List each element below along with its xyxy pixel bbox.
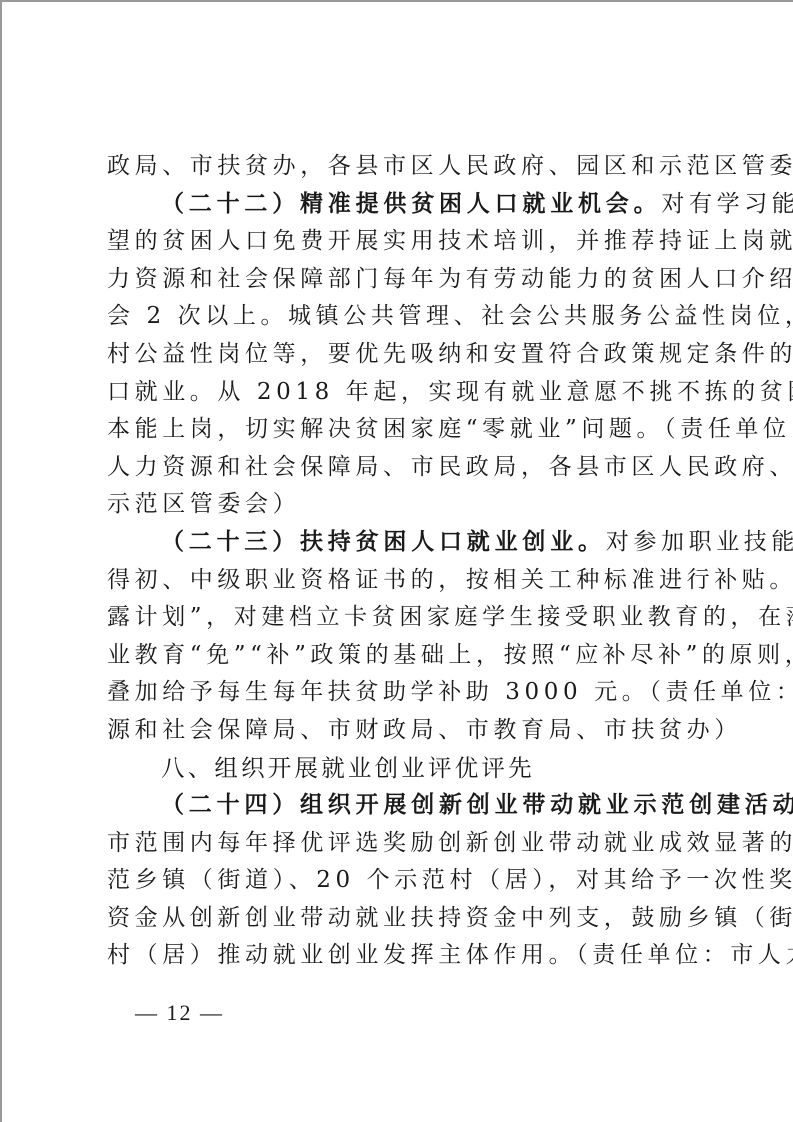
paragraph-line: 业教育“免”“补”政策的基础上，按照“应补尽补”的原则， bbox=[107, 637, 697, 675]
paragraph-line: 资金从创新创业带动就业扶持资金中列支，鼓励乡镇（街道）和 bbox=[107, 900, 697, 938]
subheading-22: （二十二）精准提供贫困人口就业机会。 bbox=[161, 191, 661, 217]
paragraph-line: 望的贫困人口免费开展实用技术培训，并推荐持证上岗就业。人 bbox=[107, 223, 697, 261]
line-text: 范乡镇（街道）、20 个示范村（居），对其给予一次性奖补，奖补 bbox=[107, 867, 793, 893]
paragraph-line: 口就业。从 2018 年起，实现有就业意愿不挑不拣的贫困劳动力基 bbox=[107, 374, 697, 412]
paragraph-line: 村公益性岗位等，要优先吸纳和安置符合政策规定条件的贫困人 bbox=[107, 336, 697, 374]
paragraph-line: 范乡镇（街道）、20 个示范村（居），对其给予一次性奖补，奖补 bbox=[107, 862, 697, 900]
subheading-23: （二十三）扶持贫困人口就业创业。 bbox=[161, 529, 606, 555]
line-text: 得初、中级职业资格证书的，按相关工种标准进行补贴。实施“雨 bbox=[107, 567, 793, 593]
paragraph-line: 示范区管委会） bbox=[107, 486, 697, 524]
subheading-24: （二十四）组织开展创新创业带动就业示范创建活动。 bbox=[161, 792, 793, 818]
line-text: 政局、市扶贫办，各县市区人民政府、园区和示范区管委会） bbox=[107, 153, 793, 179]
line-text: 村（居）推动就业创业发挥主体作用。（责任单位：市人力资源 bbox=[107, 942, 793, 968]
line-text: 叠加给予每生每年扶贫助学补助 3000 元。（责任单位：市人力资 bbox=[107, 679, 793, 705]
line-text: 示范区管委会） bbox=[107, 491, 300, 517]
line-text: 口就业。从 2018 年起，实现有就业意愿不挑不拣的贫困劳动力基 bbox=[107, 379, 793, 405]
line-text: 本能上岗，切实解决贫困家庭“零就业”问题。（责任单位：市 bbox=[107, 416, 793, 442]
line-text: 对参加职业技能培训获 bbox=[606, 529, 793, 555]
paragraph-line: 村（居）推动就业创业发挥主体作用。（责任单位：市人力资源 bbox=[107, 937, 697, 975]
subheading-line-23: （二十三）扶持贫困人口就业创业。对参加职业技能培训获 bbox=[107, 524, 697, 562]
line-text: 力资源和社会保障部门每年为有劳动能力的贫困人口介绍就业机 bbox=[107, 266, 793, 292]
paragraph-line: 本能上岗，切实解决贫困家庭“零就业”问题。（责任单位：市 bbox=[107, 411, 697, 449]
section-heading-line: 八、组织开展就业创业评优评先 bbox=[107, 750, 697, 788]
paragraph-line: 得初、中级职业资格证书的，按相关工种标准进行补贴。实施“雨 bbox=[107, 562, 697, 600]
line-text: 望的贫困人口免费开展实用技术培训，并推荐持证上岗就业。人 bbox=[107, 228, 793, 254]
section-heading-8: 八、组织开展就业创业评优评先 bbox=[161, 754, 535, 782]
paragraph-line: 政局、市扶贫办，各县市区人民政府、园区和示范区管委会） bbox=[107, 148, 697, 186]
line-text: 村公益性岗位等，要优先吸纳和安置符合政策规定条件的贫困人 bbox=[107, 341, 793, 367]
paragraph-line: 力资源和社会保障部门每年为有劳动能力的贫困人口介绍就业机 bbox=[107, 261, 697, 299]
document-page: 政局、市扶贫办，各县市区人民政府、园区和示范区管委会） （二十二）精准提供贫困人… bbox=[2, 2, 793, 1122]
line-text: 资金从创新创业带动就业扶持资金中列支，鼓励乡镇（街道）和 bbox=[107, 905, 793, 931]
paragraph-line: 市范围内每年择优评选奖励创新创业带动就业成效显著的 5 个示 bbox=[107, 825, 697, 863]
subheading-line-22: （二十二）精准提供贫困人口就业机会。对有学习能力和愿 bbox=[107, 186, 697, 224]
document-body: 政局、市扶贫办，各县市区人民政府、园区和示范区管委会） （二十二）精准提供贫困人… bbox=[107, 148, 697, 975]
subheading-line-24: （二十四）组织开展创新创业带动就业示范创建活动。在全 bbox=[107, 787, 697, 825]
line-text: 对有学习能力和愿 bbox=[661, 191, 793, 217]
line-text: 人力资源和社会保障局、市民政局，各县市区人民政府、园区和 bbox=[107, 454, 793, 480]
line-text: 市范围内每年择优评选奖励创新创业带动就业成效显著的 5 个示 bbox=[107, 830, 793, 856]
page-number: — 12 — bbox=[135, 1000, 224, 1026]
line-text: 会 2 次以上。城镇公共管理、社会公共服务公益性岗位，以及乡 bbox=[107, 303, 793, 329]
paragraph-line: 露计划”，对建档立卡贫困家庭学生接受职业教育的，在落实职 bbox=[107, 599, 697, 637]
paragraph-line: 人力资源和社会保障局、市民政局，各县市区人民政府、园区和 bbox=[107, 449, 697, 487]
paragraph-line: 源和社会保障局、市财政局、市教育局、市扶贫办） bbox=[107, 712, 697, 750]
line-text: 业教育“免”“补”政策的基础上，按照“应补尽补”的原则， bbox=[107, 642, 793, 668]
paragraph-line: 叠加给予每生每年扶贫助学补助 3000 元。（责任单位：市人力资 bbox=[107, 674, 697, 712]
line-text: 源和社会保障局、市财政局、市教育局、市扶贫办） bbox=[107, 717, 742, 743]
paragraph-line: 会 2 次以上。城镇公共管理、社会公共服务公益性岗位，以及乡 bbox=[107, 298, 697, 336]
line-text: 露计划”，对建档立卡贫困家庭学生接受职业教育的，在落实职 bbox=[107, 604, 793, 630]
